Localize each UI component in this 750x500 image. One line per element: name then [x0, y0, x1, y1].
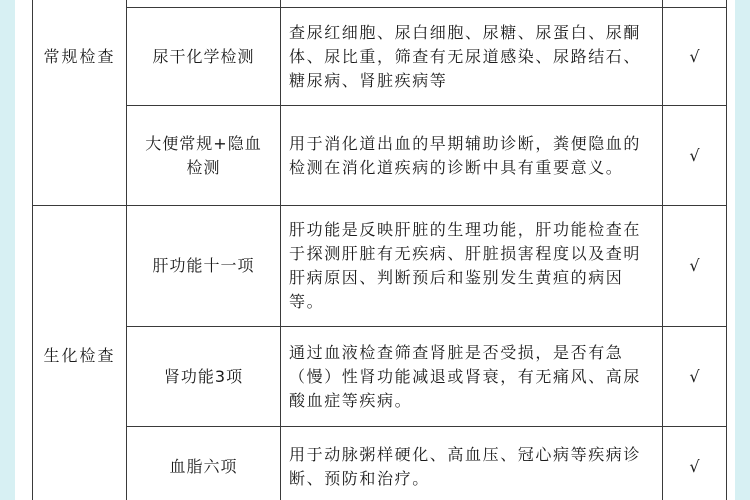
description-cell: 肝功能是反映肝脏的生理功能，肝功能检查在于探测肝脏有无疾病、肝脏损害程度以及查明…: [281, 206, 663, 327]
table-row: 肾功能3项 通过血液检查筛查肾脏是否受损，是否有急（慢）性肾功能减退或肾衰，有无…: [33, 327, 727, 427]
item-description: 查尿红细胞、尿白细胞、尿糖、尿蛋白、尿酮体、尿比重，筛查有无尿道感染、尿路结石、…: [285, 21, 662, 93]
checkmark-icon: √: [689, 256, 699, 275]
category-cell: 生化检查: [33, 206, 127, 500]
category-label: 生化检查: [43, 346, 115, 365]
item-cell: 尿干化学检测: [127, 8, 281, 106]
check-cell: √: [663, 427, 727, 500]
item-cell: 血脂六项: [127, 427, 281, 500]
table-row: 尿干化学检测 查尿红细胞、尿白细胞、尿糖、尿蛋白、尿酮体、尿比重，筛查有无尿道感…: [33, 8, 727, 106]
item-name: 尿干化学检测: [152, 47, 254, 66]
description-cell: 查尿红细胞、尿白细胞、尿糖、尿蛋白、尿酮体、尿比重，筛查有无尿道感染、尿路结石、…: [281, 8, 663, 106]
table-row: 大便常规+隐血检测 用于消化道出血的早期辅助诊断，粪便隐血的检测在消化道疾病的诊…: [33, 106, 727, 206]
description-cell: 用于动脉粥样硬化、高血压、冠心病等疾病诊断、预防和治疗。: [281, 427, 663, 500]
check-cell: √: [663, 206, 727, 327]
check-cell: √: [663, 106, 727, 206]
checkup-items-table: 常规检查 尿干化学检测 查尿红细胞、尿白细胞、尿糖、尿蛋白、尿酮体、尿比重，筛查…: [32, 0, 727, 500]
category-label: 常规检查: [43, 47, 115, 66]
item-name: 大便常规+隐血检测: [144, 132, 264, 180]
description-cell: [281, 0, 663, 8]
item-name: 血脂六项: [169, 457, 237, 476]
item-cell: 大便常规+隐血检测: [127, 106, 281, 206]
item-cell: 肝功能十一项: [127, 206, 281, 327]
left-decorative-band: [0, 0, 15, 500]
item-description: 肝功能是反映肝脏的生理功能，肝功能检查在于探测肝脏有无疾病、肝脏损害程度以及查明…: [285, 218, 662, 314]
item-description: 用于动脉粥样硬化、高血压、冠心病等疾病诊断、预防和治疗。: [285, 443, 662, 491]
checkmark-icon: √: [689, 367, 699, 386]
item-name: 肝功能十一项: [152, 256, 254, 275]
checkmark-icon: √: [689, 47, 699, 66]
check-cell: [663, 0, 727, 8]
table-row: 生化检查 肝功能十一项 肝功能是反映肝脏的生理功能，肝功能检查在于探测肝脏有无疾…: [33, 206, 727, 327]
item-cell: [127, 0, 281, 8]
checkmark-icon: √: [689, 457, 699, 476]
check-cell: √: [663, 327, 727, 427]
description-cell: 通过血液检查筛查肾脏是否受损，是否有急（慢）性肾功能减退或肾衰，有无痛风、高尿酸…: [281, 327, 663, 427]
table-row-previous-partial: 常规检查: [33, 0, 727, 8]
category-cell: 常规检查: [33, 0, 127, 206]
item-name: 肾功能3项: [164, 367, 243, 386]
item-description: 通过血液检查筛查肾脏是否受损，是否有急（慢）性肾功能减退或肾衰，有无痛风、高尿酸…: [285, 341, 662, 413]
check-cell: √: [663, 8, 727, 106]
checkmark-icon: √: [689, 146, 699, 165]
item-description: 用于消化道出血的早期辅助诊断，粪便隐血的检测在消化道疾病的诊断中具有重要意义。: [285, 132, 662, 180]
description-cell: 用于消化道出血的早期辅助诊断，粪便隐血的检测在消化道疾病的诊断中具有重要意义。: [281, 106, 663, 206]
table-row: 血脂六项 用于动脉粥样硬化、高血压、冠心病等疾病诊断、预防和治疗。 √: [33, 427, 727, 500]
right-decorative-band: [735, 0, 750, 500]
item-cell: 肾功能3项: [127, 327, 281, 427]
